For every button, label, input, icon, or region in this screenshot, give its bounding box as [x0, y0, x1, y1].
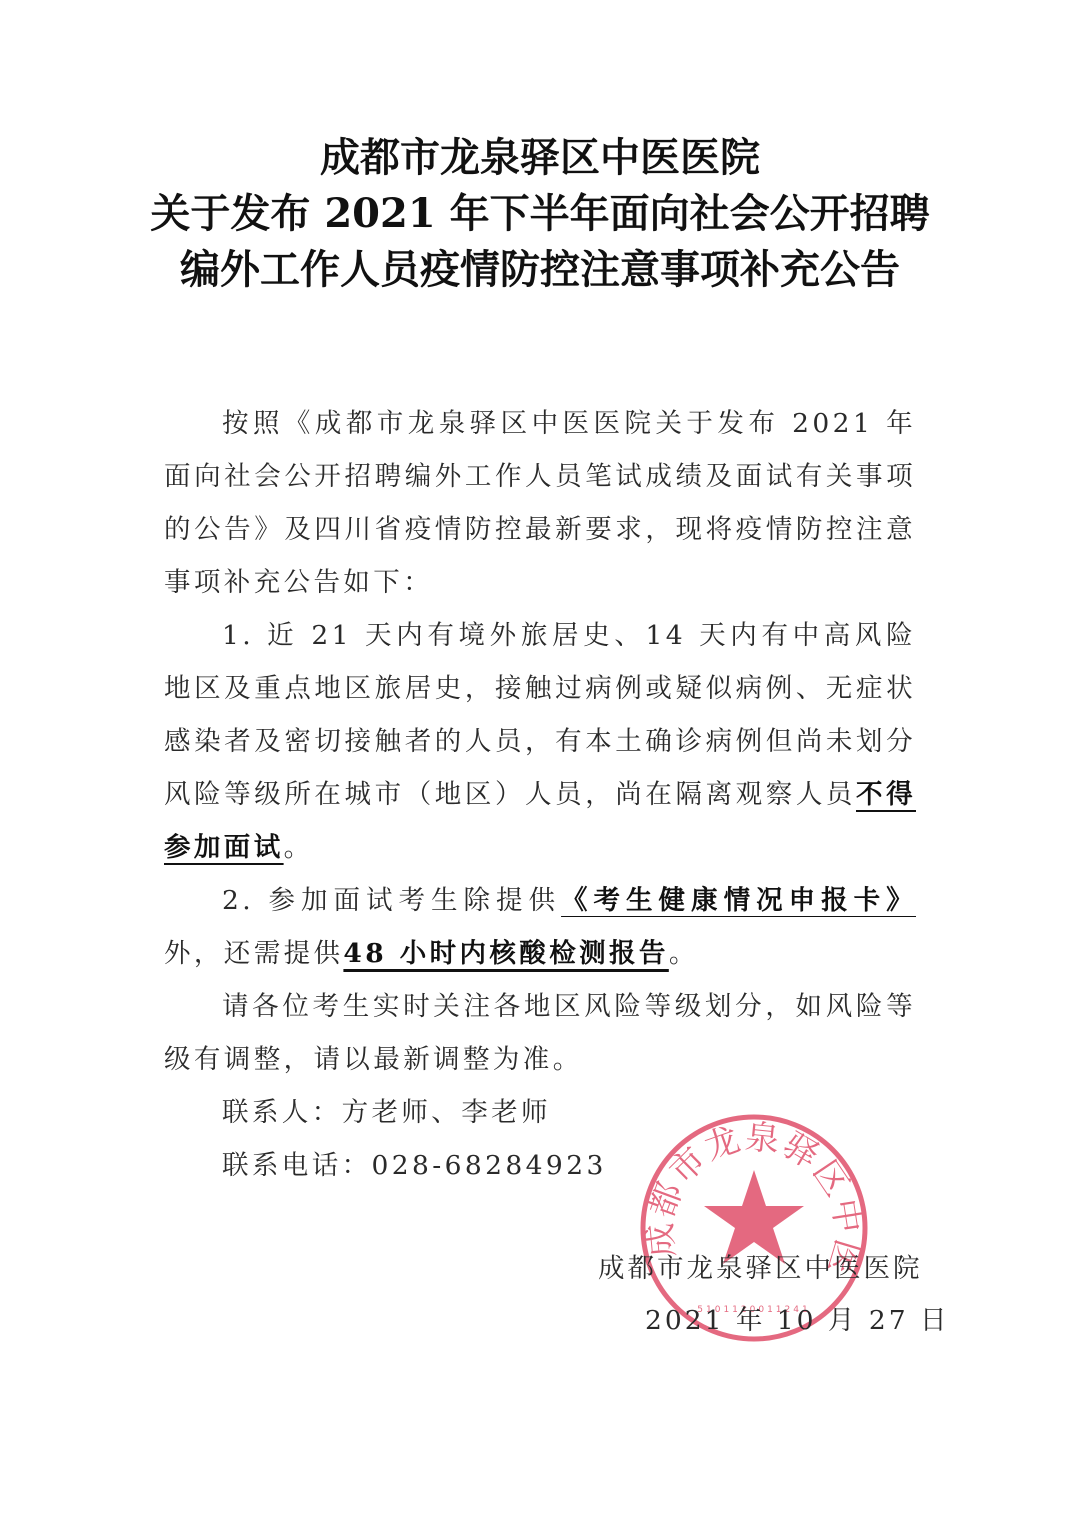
intro-paragraph: 按照《成都市龙泉驿区中医医院关于发布 2021 年面向社会公开招聘编外工作人员笔… — [164, 397, 916, 609]
title-line-1: 成都市龙泉驿区中医医院 — [0, 130, 1080, 186]
item-2-emphasis-form: 《考生健康情况申报卡》 — [561, 885, 916, 916]
notice-paragraph: 请各位考生实时关注各地区风险等级划分，如风险等级有调整，请以最新调整为准。 — [164, 980, 916, 1086]
item-1-end: 。 — [284, 832, 314, 863]
title-line-3: 编外工作人员疫情防控注意事项补充公告 — [0, 242, 1080, 298]
item-2-paragraph: 2. 参加面试考生除提供《考生健康情况申报卡》外，还需提供48 小时内核酸检测报… — [164, 874, 916, 980]
document-title: 成都市龙泉驿区中医医院 关于发布 2021 年下半年面向社会公开招聘 编外工作人… — [0, 130, 1080, 298]
item-2-mid: 外，还需提供 — [164, 938, 343, 969]
item-1-paragraph: 1. 近 21 天内有境外旅居史、14 天内有中高风险地区及重点地区旅居史，接触… — [164, 609, 916, 874]
signature-organization: 成都市龙泉驿区中医医院 — [598, 1246, 923, 1285]
title-line-2: 关于发布 2021 年下半年面向社会公开招聘 — [0, 186, 1080, 242]
item-2-end: 。 — [669, 938, 699, 969]
signature-date: 2021 年 10 月 27 日 — [645, 1298, 950, 1337]
item-2-text: 2. 参加面试考生除提供 — [222, 885, 561, 916]
document-body: 按照《成都市龙泉驿区中医医院关于发布 2021 年面向社会公开招聘编外工作人员笔… — [164, 397, 916, 1192]
item-1-text: 1. 近 21 天内有境外旅居史、14 天内有中高风险地区及重点地区旅居史，接触… — [164, 620, 916, 810]
item-2-emphasis-test: 48 小时内核酸检测报告 — [343, 938, 668, 969]
